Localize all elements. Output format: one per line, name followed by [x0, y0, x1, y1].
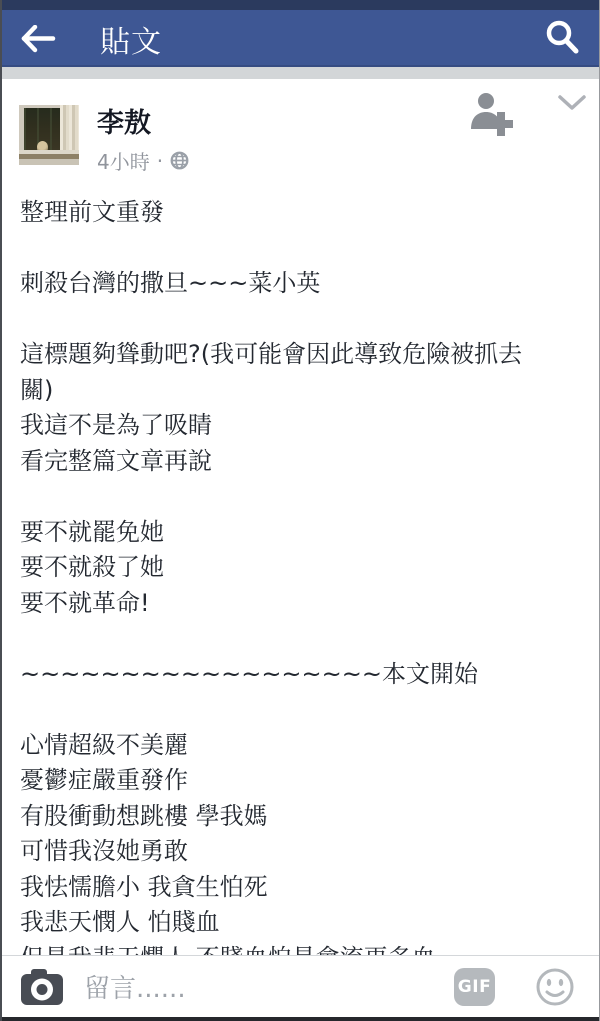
smiley-icon — [535, 967, 575, 1007]
header-divider — [2, 67, 599, 79]
camera-button[interactable] — [20, 967, 64, 1007]
search-icon — [543, 19, 581, 59]
avatar-curtain — [60, 105, 79, 155]
camera-icon — [20, 967, 64, 1007]
page-title: 貼文 — [100, 17, 162, 61]
screen-bottom-edge — [2, 1017, 599, 1021]
post-body-text: 整理前文重發 刺殺台灣的撒旦~~~菜小英 這標題夠聳動吧?(我可能會因此導致危險… — [2, 195, 599, 955]
post-card: 李敖 4小時 · — [2, 79, 599, 955]
globe-icon — [170, 151, 189, 170]
gif-button[interactable]: GIF — [454, 968, 495, 1006]
add-friend-button[interactable] — [468, 91, 514, 143]
post-meta: 4小時 · — [97, 146, 581, 175]
post-header: 李敖 4小時 · — [2, 79, 599, 169]
comment-bar: 留言...... GIF — [2, 955, 599, 1017]
add-friend-icon — [468, 91, 514, 143]
emoji-button[interactable] — [535, 967, 575, 1007]
post-options-button[interactable] — [557, 93, 587, 113]
timestamp: 4小時 — [97, 146, 150, 175]
meta-separator: · — [157, 149, 163, 173]
arrow-left-icon — [20, 25, 56, 53]
avatar[interactable] — [19, 105, 79, 165]
navigation-bar: 貼文 — [2, 10, 599, 67]
back-button[interactable] — [20, 22, 60, 56]
chevron-down-icon — [557, 93, 587, 113]
status-bar — [2, 0, 599, 10]
avatar-sill — [19, 150, 79, 165]
search-button[interactable] — [537, 17, 581, 61]
comment-input[interactable]: 留言...... — [84, 968, 454, 1005]
